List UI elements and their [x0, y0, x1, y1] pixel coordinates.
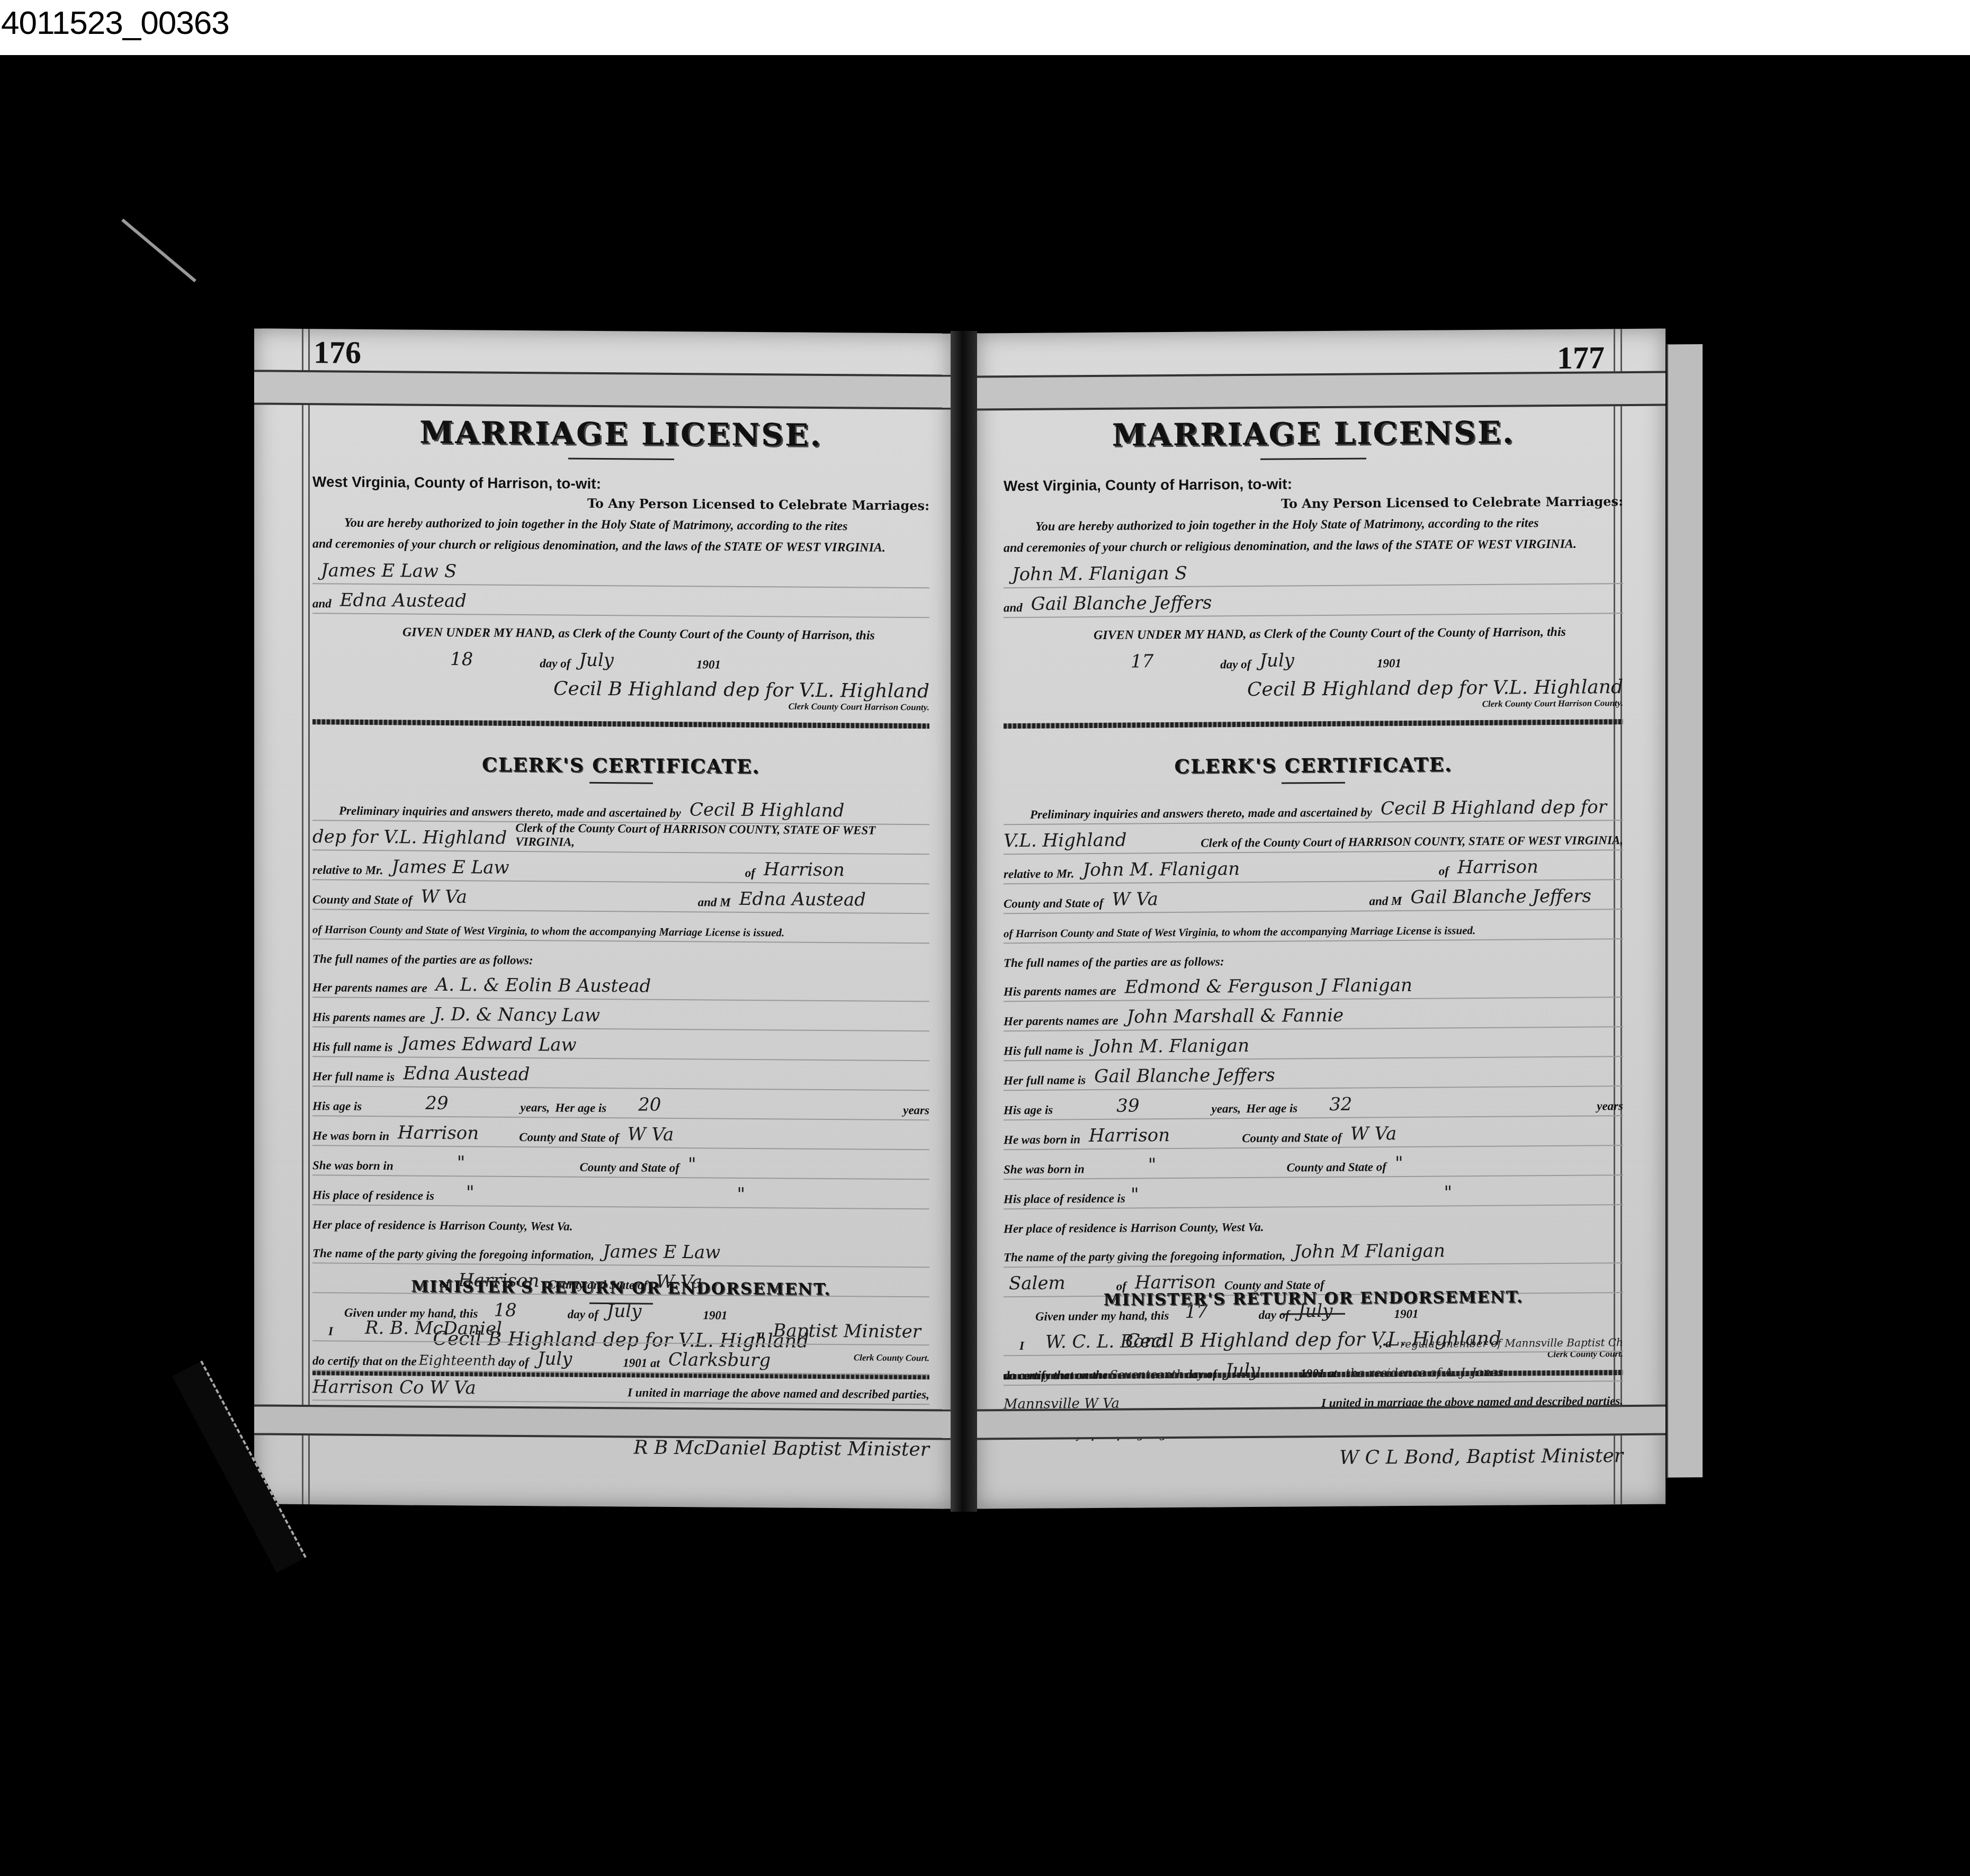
day-of-label: day of	[540, 657, 570, 670]
day-of-label: day of	[1186, 1367, 1217, 1381]
bride-name: Edna Austead	[340, 590, 467, 612]
her-parents-line: Her parents names areJohn Marshall & Fan…	[1004, 998, 1623, 1031]
of-value: Harrison	[764, 859, 845, 881]
her-full-name-value: Gail Blanche Jeffers	[1094, 1065, 1275, 1087]
minister-month: July	[538, 1348, 572, 1369]
he-born-value: Harrison	[1089, 1125, 1170, 1146]
margin-rule	[302, 329, 303, 1504]
his-full-name-value: John M. Flanigan	[1092, 1035, 1249, 1057]
header-bar: 4011523_00363	[0, 0, 1970, 55]
county-state-label: County and State of	[312, 893, 413, 907]
license-title: MARRIAGE LICENSE.	[312, 414, 929, 454]
he-born-state: W Va	[628, 1124, 674, 1145]
her-residence-line: Her place of residence is Harrison Count…	[1004, 1205, 1623, 1238]
county-state-label: County and State of	[1004, 896, 1104, 911]
license-section: MARRIAGE LICENSE. West Virginia, County …	[312, 408, 929, 739]
she-born-label: She was born in	[1004, 1162, 1085, 1177]
full-names-line: The full names of the parties are as fol…	[312, 939, 929, 972]
minister-title: MINISTER'S RETURN OR ENDORSEMENT.	[1004, 1287, 1623, 1310]
clerk-of-label: Clerk of the County Court of HARRISON CO…	[1201, 833, 1623, 850]
his-full-name-line: His full name isJames Edward Law	[312, 1027, 929, 1061]
minister-day: Seventeenth	[1110, 1368, 1184, 1382]
county-line: County and State ofW Vaand MEdna Austead	[312, 880, 929, 914]
header-band	[977, 371, 1665, 410]
right-page: 177 MARRIAGE LICENSE. West Virginia, Cou…	[977, 328, 1665, 1509]
license-month: July	[1259, 650, 1294, 671]
his-full-name-label: His full name is	[312, 1040, 392, 1054]
bride-line: andEdna Austead	[312, 584, 929, 618]
county-state-label: County and State of	[1286, 1160, 1386, 1174]
ornament-divider	[1260, 457, 1366, 463]
minister-certify-line: do certify that on theEighteenthday ofJu…	[312, 1341, 929, 1375]
her-full-name-value: Edna Austead	[403, 1063, 530, 1085]
clerk-line: V.L. HighlandClerk of the County Court o…	[1004, 821, 1623, 855]
his-parents-label: His parents names are	[312, 1010, 425, 1025]
her-parents-line: Her parents names areA. L. & Eolin B Aus…	[312, 968, 929, 1002]
his-full-name-label: His full name is	[1004, 1044, 1083, 1058]
her-age-value: 20	[638, 1094, 661, 1115]
he-born-state: W Va	[1350, 1123, 1396, 1145]
ledger-book: 176 MARRIAGE LICENSE. West Virginia, Cou…	[254, 331, 1716, 1520]
addressee: To Any Person Licensed to Celebrate Marr…	[312, 493, 929, 513]
certify-label: do certify that on the	[1004, 1368, 1108, 1383]
relative-name: John M. Flanigan	[1083, 858, 1240, 881]
party-line: The name of the party giving the foregoi…	[312, 1234, 929, 1268]
relative-name: James E Law	[392, 856, 509, 878]
year-at-label: 1901 at	[1300, 1367, 1337, 1380]
his-residence-value: "	[1131, 1184, 1139, 1205]
of-harrison-line: of Harrison County and State of West Vir…	[312, 910, 929, 944]
he-born-label: He was born in	[312, 1129, 389, 1143]
day-of-label: day of	[1220, 658, 1251, 671]
minister-day: Eighteenth	[419, 1353, 496, 1369]
minister-section: MINISTER'S RETURN OR ENDORSEMENT. IW. C.…	[1004, 1287, 1623, 1471]
she-born-line: She was born in"County and State of"	[1004, 1146, 1623, 1180]
license-date-line: 17 day of July 1901	[1004, 642, 1623, 675]
rope-divider	[312, 719, 929, 729]
her-residence-text: Her place of residence is Harrison Count…	[1004, 1220, 1264, 1236]
her-residence-line: Her place of residence is Harrison Count…	[312, 1205, 929, 1238]
page-edge	[1667, 344, 1703, 1477]
her-parents-value: A. L. & Eolin B Austead	[436, 974, 651, 997]
minister-place-line: Harrison Co W VaI united in marriage the…	[312, 1371, 929, 1405]
addressee: To Any Person Licensed to Celebrate Marr…	[1004, 493, 1623, 513]
license-day: 17	[1131, 651, 1153, 672]
his-parents-label: His parents names are	[1004, 984, 1116, 999]
his-residence-line: His place of residence is""	[1004, 1175, 1623, 1209]
relative-label: relative to Mr.	[312, 863, 383, 877]
her-full-name-line: Her full name isEdna Austead	[312, 1057, 929, 1091]
license-month: July	[579, 650, 614, 671]
footer-band	[254, 1404, 951, 1440]
full-names-line: The full names of the parties are as fol…	[1004, 939, 1623, 972]
of-value: Harrison	[1457, 856, 1538, 878]
minister-place: the residence of A. J. Jones	[1346, 1366, 1503, 1380]
of-label: of	[745, 866, 755, 880]
his-age-value: 39	[1116, 1095, 1139, 1116]
he-born-line: He was born inHarrisonCounty and State o…	[1004, 1116, 1623, 1150]
and-m-label: and M	[1369, 894, 1402, 908]
license-year: 1901	[696, 658, 721, 671]
years-end-label: years	[1597, 1099, 1623, 1113]
relative-line: relative to Mr.James E LawofHarrison	[312, 850, 929, 884]
she-born-value: "	[457, 1152, 465, 1173]
his-full-name-value: James Edward Law	[401, 1033, 576, 1055]
ages-line: His age is39years,Her age is32years	[1004, 1087, 1623, 1120]
film-scratch	[121, 219, 196, 282]
he-born-label: He was born in	[1004, 1133, 1080, 1147]
his-parents-line: His parents names areJ. D. & Nancy Law	[312, 998, 929, 1031]
party-value: James E Law	[603, 1241, 720, 1263]
minister-place-cont: Harrison Co W Va	[312, 1376, 476, 1398]
a-label: , a	[1380, 1336, 1392, 1350]
ascertained-by: Cecil B Highland dep for	[1381, 796, 1607, 819]
she-born-label: She was born in	[312, 1159, 393, 1173]
minister-signature: W C L Bond, Baptist Minister	[1004, 1445, 1623, 1471]
prelim-label: Preliminary inquiries and answers theret…	[1030, 805, 1372, 822]
his-residence-line: His place of residence is""	[312, 1175, 929, 1209]
and-m-value: Gail Blanche Jeffers	[1410, 885, 1591, 908]
her-age-label: Her age is	[1246, 1101, 1297, 1116]
relative-line: relative to Mr.John M. FlaniganofHarriso…	[1004, 850, 1623, 884]
ornament-divider	[1282, 1313, 1345, 1315]
his-parents-value: J. D. & Nancy Law	[434, 1004, 600, 1026]
years-label: years,	[1212, 1102, 1241, 1116]
prelim-line: Preliminary inquiries and answers theret…	[1004, 791, 1623, 825]
ornament-divider	[568, 458, 674, 463]
minister-title-value: Baptist Minister	[773, 1320, 921, 1342]
county-line: County and State ofW Vaand MGail Blanche…	[1004, 880, 1623, 914]
her-full-name-label: Her full name is	[312, 1070, 395, 1084]
full-names-label: The full names of the parties are as fol…	[1004, 955, 1224, 970]
party-line: The name of the party giving the foregoi…	[1004, 1234, 1623, 1268]
his-residence-label: His place of residence is	[312, 1188, 434, 1203]
party-label: The name of the party giving the foregoi…	[1004, 1249, 1285, 1264]
i-label: I	[1019, 1339, 1024, 1353]
footer-band	[977, 1404, 1665, 1440]
county-state-label: County and State of	[519, 1130, 619, 1145]
minister-title-value: regular member of Mannsville Baptist Ch	[1400, 1336, 1623, 1350]
ornament-divider	[589, 1303, 653, 1305]
county-state-value: W Va	[1112, 888, 1158, 910]
county-state-value: W Va	[421, 886, 467, 908]
year-at-label: 1901 at	[623, 1356, 660, 1370]
his-residence-value-2: "	[1444, 1182, 1453, 1203]
his-residence-value-2: "	[737, 1184, 746, 1205]
her-parents-label: Her parents names are	[1004, 1014, 1118, 1029]
margin-rule	[308, 329, 310, 1504]
ages-line: His age is29years,Her age is20years	[312, 1087, 929, 1120]
groom-name: John M. Flanigan S	[1012, 563, 1187, 585]
of-label: of	[1439, 864, 1449, 878]
he-born-line: He was born inHarrisonCounty and State o…	[312, 1116, 929, 1150]
his-full-name-line: His full name isJohn M. Flanigan	[1004, 1027, 1623, 1061]
minister-name: R. B. McDaniel	[365, 1317, 502, 1340]
county-state-label: County and State of	[1242, 1131, 1342, 1145]
day-of-label: day of	[498, 1356, 529, 1369]
party-value: John M Flanigan	[1294, 1240, 1445, 1262]
prelim-label: Preliminary inquiries and answers theret…	[339, 804, 681, 821]
and-m-label: and M	[698, 895, 731, 909]
her-age-value: 32	[1329, 1094, 1352, 1115]
full-names-label: The full names of the parties are as fol…	[312, 952, 533, 967]
party-label: The name of the party giving the foregoi…	[312, 1246, 594, 1262]
relative-label: relative to Mr.	[1004, 867, 1074, 881]
his-age-label: His age is	[312, 1099, 362, 1114]
and-label: and	[312, 597, 332, 611]
county-state-label: County and State of	[579, 1161, 679, 1175]
minister-name: W. C. L. Bond	[1045, 1331, 1167, 1353]
certificate-title: CLERK'S CERTIFICATE.	[1004, 752, 1623, 779]
groom-line: James E Law S	[312, 554, 929, 588]
license-year: 1901	[1377, 657, 1401, 670]
and-label: and	[1004, 601, 1023, 615]
clerk-of-label: Clerk of the County Court of HARRISON CO…	[515, 821, 929, 851]
of-harrison-line: of Harrison County and State of West Vir…	[1004, 910, 1623, 944]
image-id-label: 4011523_00363	[1, 4, 229, 42]
ornament-divider	[589, 782, 653, 784]
his-residence-value: "	[466, 1182, 474, 1203]
bride-line: andGail Blanche Jeffers	[1004, 584, 1623, 618]
jurisdiction: West Virginia, County of Harrison, to-wi…	[312, 473, 929, 495]
rope-divider	[1004, 719, 1623, 729]
he-born-value: Harrison	[398, 1122, 479, 1144]
license-section: MARRIAGE LICENSE. West Virginia, County …	[1004, 408, 1623, 739]
ascertained-by: Cecil B Highland	[689, 799, 845, 821]
her-parents-value: John Marshall & Fannie	[1127, 1005, 1344, 1028]
her-full-name-label: Her full name is	[1004, 1073, 1086, 1088]
ascertained-by-cont: V.L. Highland	[1004, 830, 1127, 852]
minister-certify-line: do certify that on theSeventeenthday ofJ…	[1004, 1352, 1623, 1386]
i-label: I	[328, 1324, 333, 1338]
her-residence-text: Her place of residence is Harrison Count…	[312, 1218, 573, 1233]
certificate-title: CLERK'S CERTIFICATE.	[312, 752, 929, 779]
of-harrison-text: of Harrison County and State of West Vir…	[312, 923, 784, 939]
minister-place: Clarksburg	[668, 1349, 771, 1371]
certify-label: do certify that on the	[312, 1354, 417, 1368]
she-born-value: "	[1148, 1154, 1157, 1175]
book-gutter	[951, 331, 977, 1512]
minister-name-line: IW. C. L. Bond, aregular member of Manns…	[1004, 1322, 1623, 1356]
clerk-line: dep for V.L. HighlandClerk of the County…	[312, 821, 929, 855]
groom-line: John M. Flanigan S	[1004, 554, 1623, 588]
ornament-divider	[1282, 782, 1345, 784]
page-number: 176	[314, 334, 361, 371]
her-full-name-line: Her full name isGail Blanche Jeffers	[1004, 1057, 1623, 1091]
his-age-value: 29	[425, 1093, 448, 1114]
her-age-label: Her age is	[555, 1101, 606, 1115]
his-parents-value: Edmond & Ferguson J Flanigan	[1125, 975, 1412, 998]
years-label: years,	[521, 1101, 550, 1115]
his-age-label: His age is	[1004, 1103, 1053, 1118]
license-title: MARRIAGE LICENSE.	[1004, 414, 1623, 454]
of-harrison-text: of Harrison County and State of West Vir…	[1004, 924, 1475, 940]
minister-name-line: IR. B. McDaniel, aBaptist Minister	[312, 1312, 929, 1345]
minister-month: July	[1225, 1360, 1260, 1381]
groom-name: James E Law S	[321, 560, 456, 582]
she-born-state: "	[688, 1154, 696, 1175]
bride-name: Gail Blanche Jeffers	[1031, 592, 1212, 614]
his-parents-line: His parents names areEdmond & Ferguson J…	[1004, 968, 1623, 1002]
she-born-line: She was born in"County and State of"	[312, 1146, 929, 1180]
minister-title: MINISTER'S RETURN OR ENDORSEMENT.	[312, 1277, 929, 1299]
prelim-line: Preliminary inquiries and answers theret…	[312, 791, 929, 825]
header-band	[254, 370, 951, 409]
ascertained-by-cont: dep for V.L. Highland	[312, 826, 507, 849]
her-parents-label: Her parents names are	[312, 981, 427, 995]
and-m-value: Edna Austead	[739, 888, 866, 911]
license-date-line: 18 day of July 1901	[312, 642, 929, 675]
his-residence-label: His place of residence is	[1004, 1192, 1125, 1207]
left-page: 176 MARRIAGE LICENSE. West Virginia, Cou…	[254, 328, 951, 1509]
license-day: 18	[450, 649, 473, 670]
years-end-label: years	[903, 1103, 929, 1117]
united-text: I united in marriage the above named and…	[628, 1386, 929, 1402]
a-label: , a	[753, 1327, 765, 1341]
she-born-state: "	[1395, 1153, 1403, 1174]
jurisdiction: West Virginia, County of Harrison, to-wi…	[1004, 473, 1623, 495]
